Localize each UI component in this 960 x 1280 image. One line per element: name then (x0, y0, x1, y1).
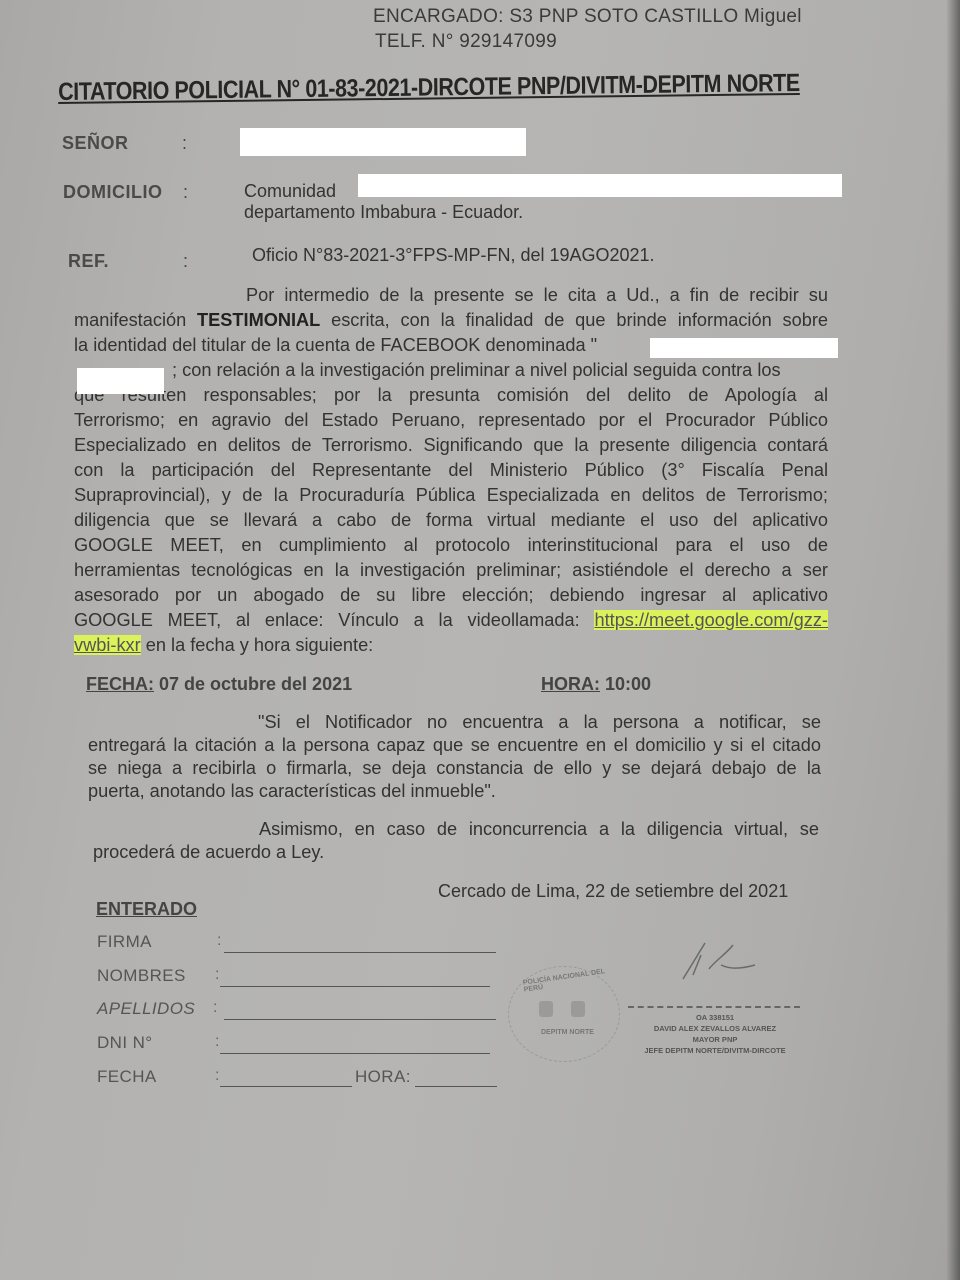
redacted-facebook-name (650, 338, 838, 358)
signature-position: JEFE DEPITM NORTE/DIVITM-DIRCOTE (620, 1045, 810, 1056)
nombres-colon: : (215, 966, 219, 984)
apellidos-label: APELLIDOS (97, 999, 195, 1019)
redacted-name (240, 128, 526, 156)
fecha-field[interactable] (220, 1086, 352, 1087)
ref-value: Oficio N°83-2021-3°FPS-MP-FN, del 19AGO2… (252, 245, 655, 266)
enterado-heading: ENTERADO (96, 899, 197, 920)
body-paragraph-2: "Si el Notificador no encuentra a la per… (88, 711, 821, 803)
p1-line-8: con la participación del Representante d… (74, 458, 828, 483)
nombres-field[interactable] (220, 986, 490, 987)
p1-line-12: herramientas tecnológicas en la investig… (74, 558, 828, 583)
apellidos-colon: : (213, 999, 217, 1017)
apellidos-field[interactable] (224, 1019, 496, 1020)
document-title: CITATORIO POLICIAL N° 01-83-2021-DIRCOTE… (58, 69, 800, 107)
p2-line-1: "Si el Notificador no encuentra a la per… (88, 711, 821, 734)
p1-line-7: Especializado en delitos de Terrorismo. … (74, 433, 828, 458)
page-edge-shadow (946, 0, 960, 1280)
p2-line-4: puerta, anotando las características del… (88, 780, 821, 803)
stamp-emblem-right-icon (571, 1001, 585, 1017)
signature-name: DAVID ALEX ZEVALLOS ALVAREZ (620, 1023, 810, 1034)
p1-text: escrita, con la finalidad de que brinde … (320, 310, 828, 330)
hora-form-label: HORA: (355, 1067, 411, 1087)
p1-line-1: Por intermedio de la presente se le cita… (74, 283, 828, 308)
fecha-form-label: FECHA (97, 1067, 157, 1087)
p1-text: la identidad del titular de la cuenta de… (74, 335, 597, 355)
p1-line-9: Supraprovincial), y de la Procuraduría P… (74, 483, 828, 508)
ref-colon: : (183, 251, 188, 272)
signature-block: OA 338151 DAVID ALEX ZEVALLOS ALVAREZ MA… (620, 1012, 810, 1056)
p1-text: manifestación (74, 310, 197, 330)
document-photo: ENCARGADO: S3 PNP SOTO CASTILLO Miguel T… (0, 0, 960, 1280)
signature-code: OA 338151 (620, 1012, 810, 1023)
appointment-date: FECHA: 07 de octubre del 2021 (86, 674, 352, 695)
domicilio-prefix: Comunidad (244, 181, 336, 202)
redacted-facebook-name-cont (77, 368, 164, 394)
dni-label: DNI N° (97, 1033, 152, 1053)
p1-line-4: ; con relación a la investigación prelim… (74, 358, 828, 383)
p1-text: GOOGLE MEET, al enlace: Vínculo a la vid… (74, 610, 594, 630)
p1-line-6: Terrorismo; en agravio del Estado Peruan… (74, 408, 828, 433)
signature-line (628, 1006, 800, 1008)
place-and-date: Cercado de Lima, 22 de setiembre del 202… (438, 881, 788, 902)
firma-field[interactable] (224, 952, 496, 953)
stamp-top-text: POLICÍA NACIONAL DEL PERÚ (522, 966, 619, 993)
senor-label: SEÑOR (62, 133, 129, 154)
p1-line-14: GOOGLE MEET, al enlace: Vínculo a la vid… (74, 608, 828, 633)
p1-line-11: GOOGLE MEET, en cumplimiento al protocol… (74, 533, 828, 558)
nombres-label: NOMBRES (97, 966, 186, 986)
p3-line-1: Asimismo, en caso de inconcurrencia a la… (93, 818, 819, 841)
police-seal-stamp: POLICÍA NACIONAL DEL PERÚ DEPITM NORTE (508, 966, 620, 1062)
fecha-label: FECHA: (86, 674, 154, 694)
hora-value: 10:00 (605, 674, 651, 694)
p1-line-10: diligencia que se llevará a cabo de form… (74, 508, 828, 533)
body-paragraph-3: Asimismo, en caso de inconcurrencia a la… (93, 818, 819, 864)
appointment-time: HORA: 10:00 (541, 674, 651, 695)
p3-line-2: procederá de acuerdo a Ley. (93, 841, 819, 864)
officer-phone: TELF. N° 929147099 (375, 31, 557, 53)
dni-field[interactable] (220, 1053, 490, 1054)
meet-link-part-1[interactable]: https://meet.google.com/gzz- (594, 610, 828, 630)
fecha-form-colon: : (215, 1067, 219, 1085)
hora-label: HORA: (541, 674, 600, 694)
signature-scribble-icon (675, 935, 765, 985)
p1-line-2: manifestación TESTIMONIAL escrita, con l… (74, 308, 828, 333)
p2-line-2: entregará la citación a la persona capaz… (88, 734, 821, 757)
redacted-address (358, 174, 842, 197)
stamp-bottom-text: DEPITM NORTE (541, 1029, 594, 1036)
firma-label: FIRMA (97, 932, 152, 952)
testimonial-emphasis: TESTIMONIAL (197, 310, 320, 330)
firma-colon: : (217, 932, 221, 950)
fecha-value: 07 de octubre del 2021 (159, 674, 352, 694)
stamp-emblem-left-icon (539, 1001, 553, 1017)
officer-in-charge: ENCARGADO: S3 PNP SOTO CASTILLO Miguel (373, 6, 802, 28)
signature-rank: MAYOR PNP (620, 1034, 810, 1045)
domicilio-label: DOMICILIO (63, 182, 163, 203)
meet-link-part-2[interactable]: vwbi-kxr (74, 635, 141, 655)
hora-field[interactable] (415, 1086, 497, 1087)
senor-colon: : (182, 133, 187, 154)
domicilio-line2: departamento Imbabura - Ecuador. (244, 202, 523, 223)
ref-label: REF. (68, 251, 109, 272)
p1-line-13: asesorado por un abogado de su libre ele… (74, 583, 828, 608)
dni-colon: : (215, 1033, 219, 1051)
p1-line-5: que resulten responsables; por la presun… (74, 383, 828, 408)
domicilio-colon: : (183, 182, 188, 203)
p1-line-15: vwbi-kxr en la fecha y hora siguiente: (74, 633, 828, 658)
p2-line-3: se niega a recibirla o firmarla, se deja… (88, 757, 821, 780)
p1-end-text: en la fecha y hora siguiente: (141, 635, 374, 655)
